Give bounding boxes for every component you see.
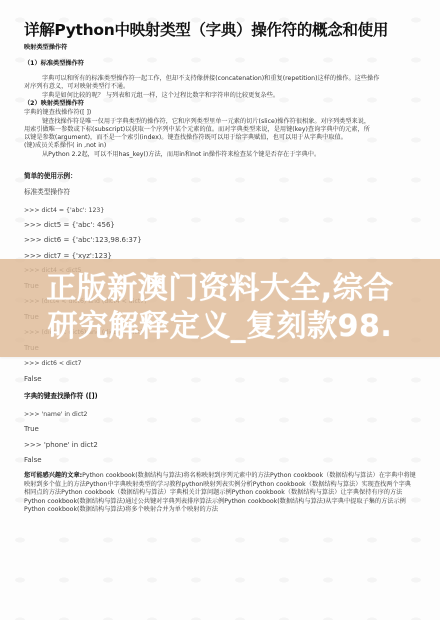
examples-heading: 简单的使用示例：	[24, 170, 77, 180]
code-line: >>> dict4 = {'abc': 123}	[24, 207, 104, 214]
paragraph-4: 从Python 2.2起，可以不用has_key()方法，而用in和not in…	[24, 151, 320, 160]
related-articles-label: 您可能感兴趣的文章:	[24, 472, 82, 479]
paragraph-1-line-2: 对序列有意义，可对映射类型行不通。	[24, 83, 129, 92]
promo-banner[interactable]: 正版新澳门资料大全,综合 研究解释定义_复刻款98.	[0, 259, 440, 357]
code-line: >>> dict5 = {'abc': 456}	[24, 221, 115, 229]
related-articles-links[interactable]: Python cookbook(数据结构与算法)将名称映射到序列元素中的方法Py…	[24, 472, 416, 513]
code-output: True	[24, 425, 39, 433]
standard-ops-heading: 标准类型操作符	[24, 186, 70, 196]
banner-headline-line-1: 正版新澳门资料大全,综合	[46, 270, 393, 308]
subsection-standard-ops: （1）标准类型操作符	[24, 60, 84, 69]
banner-headline-line-2: 研究解释定义_复刻款98.	[48, 308, 393, 346]
lookup-ops-heading: 字典的键查找操作符 ([])	[24, 390, 98, 400]
related-articles: 您可能感兴趣的文章:Python cookbook(数据结构与算法)将名称映射到…	[24, 472, 416, 515]
document-page: 详解Python中映射类型（字典）操作符的概念和使用 映射类型操作符 （1）标准…	[0, 0, 440, 620]
lookup-operator-heading: 字典的键查找操作符([ ])	[24, 109, 91, 118]
document-title: 详解Python中映射类型（字典）操作符的概念和使用	[24, 18, 388, 40]
membership-heading: (键)成员关系操作( in ,not in)	[24, 142, 106, 151]
code-line: >>> 'phone' in dict2	[24, 441, 98, 449]
code-output: False	[24, 375, 42, 383]
code-line: >>> dict6 < dict7	[24, 360, 81, 367]
code-line: >>> 'name' in dict2	[24, 411, 87, 418]
code-line: >>> dict6 = {'abc':123,98.6:37}	[24, 236, 142, 244]
subsection-mapping-ops: （2）映射类型操作符	[24, 100, 84, 109]
section-heading: 映射类型操作符	[24, 44, 67, 53]
code-output: False	[24, 456, 42, 464]
